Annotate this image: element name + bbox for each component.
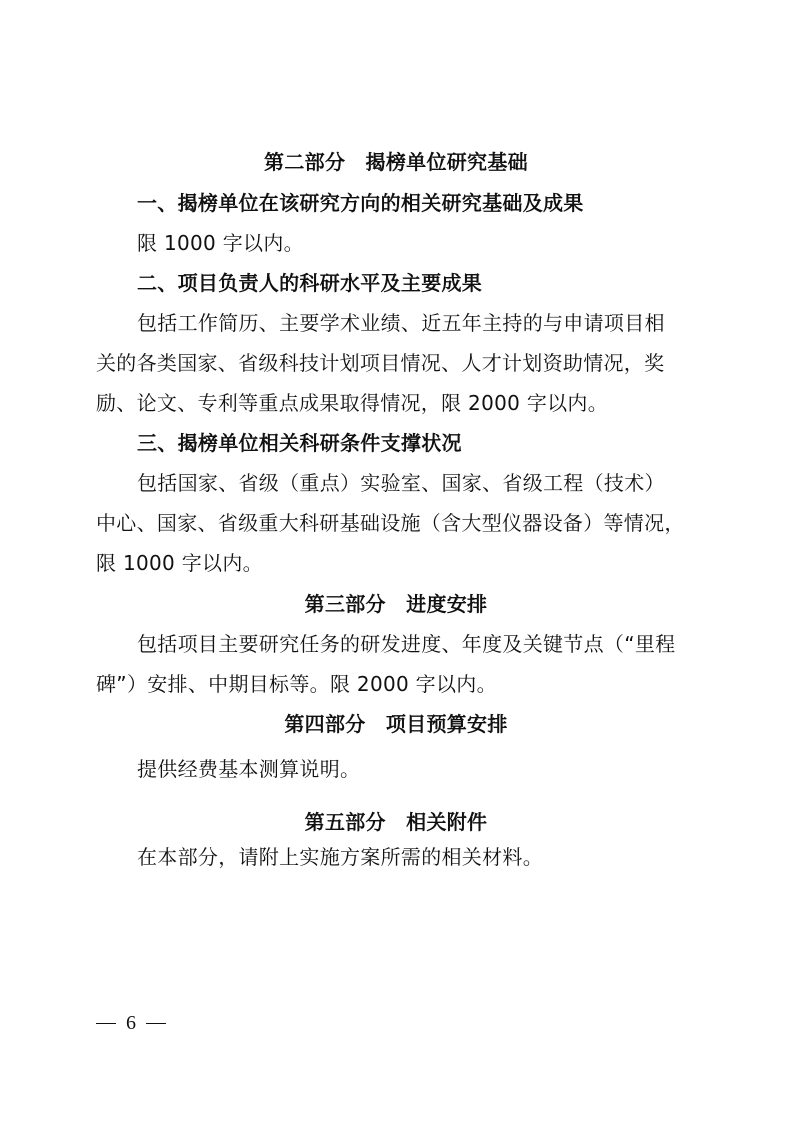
part3-title: 第三部分 进度安排: [96, 592, 696, 616]
part2-title: 第二部分 揭榜单位研究基础: [96, 150, 696, 174]
part3-body-line1: 包括项目主要研究任务的研发进度、年度及关键节点（“里程: [137, 632, 697, 656]
part3-body-line2: 碑”）安排、中期目标等。限 2000 字以内。: [96, 672, 696, 696]
part5-body: 在本部分，请附上实施方案所需的相关材料。: [137, 845, 697, 869]
part2-section1-body: 限 1000 字以内。: [137, 231, 697, 255]
part4-title: 第四部分 项目预算安排: [96, 712, 696, 736]
part2-section2-body-line2: 关的各类国家、省级科技计划项目情况、人才计划资助情况，奖: [96, 351, 696, 375]
part2-section1-heading: 一、揭榜单位在该研究方向的相关研究基础及成果: [137, 191, 697, 215]
part2-section3-body-line2: 中心、国家、省级重大科研基础设施（含大型仪器设备）等情况，: [96, 511, 696, 535]
part4-body: 提供经费基本测算说明。: [137, 757, 697, 781]
dash-right: [146, 1023, 166, 1024]
part5-title: 第五部分 相关附件: [96, 810, 696, 834]
page-number: 6: [96, 1012, 166, 1035]
part2-section3-body-line1: 包括国家、省级（重点）实验室、国家、省级工程（技术）: [137, 471, 697, 495]
part2-section2-body-line3: 励、论文、专利等重点成果取得情况，限 2000 字以内。: [96, 391, 696, 415]
part2-section2-body-line1: 包括工作简历、主要学术业绩、近五年主持的与申请项目相: [137, 311, 697, 335]
dash-left: [96, 1023, 116, 1024]
part2-section3-heading: 三、揭榜单位相关科研条件支撑状况: [137, 431, 697, 455]
page-number-value: 6: [126, 1012, 136, 1035]
part2-section3-body-line3: 限 1000 字以内。: [96, 551, 696, 575]
part2-section2-heading: 二、项目负责人的科研水平及主要成果: [137, 271, 697, 295]
